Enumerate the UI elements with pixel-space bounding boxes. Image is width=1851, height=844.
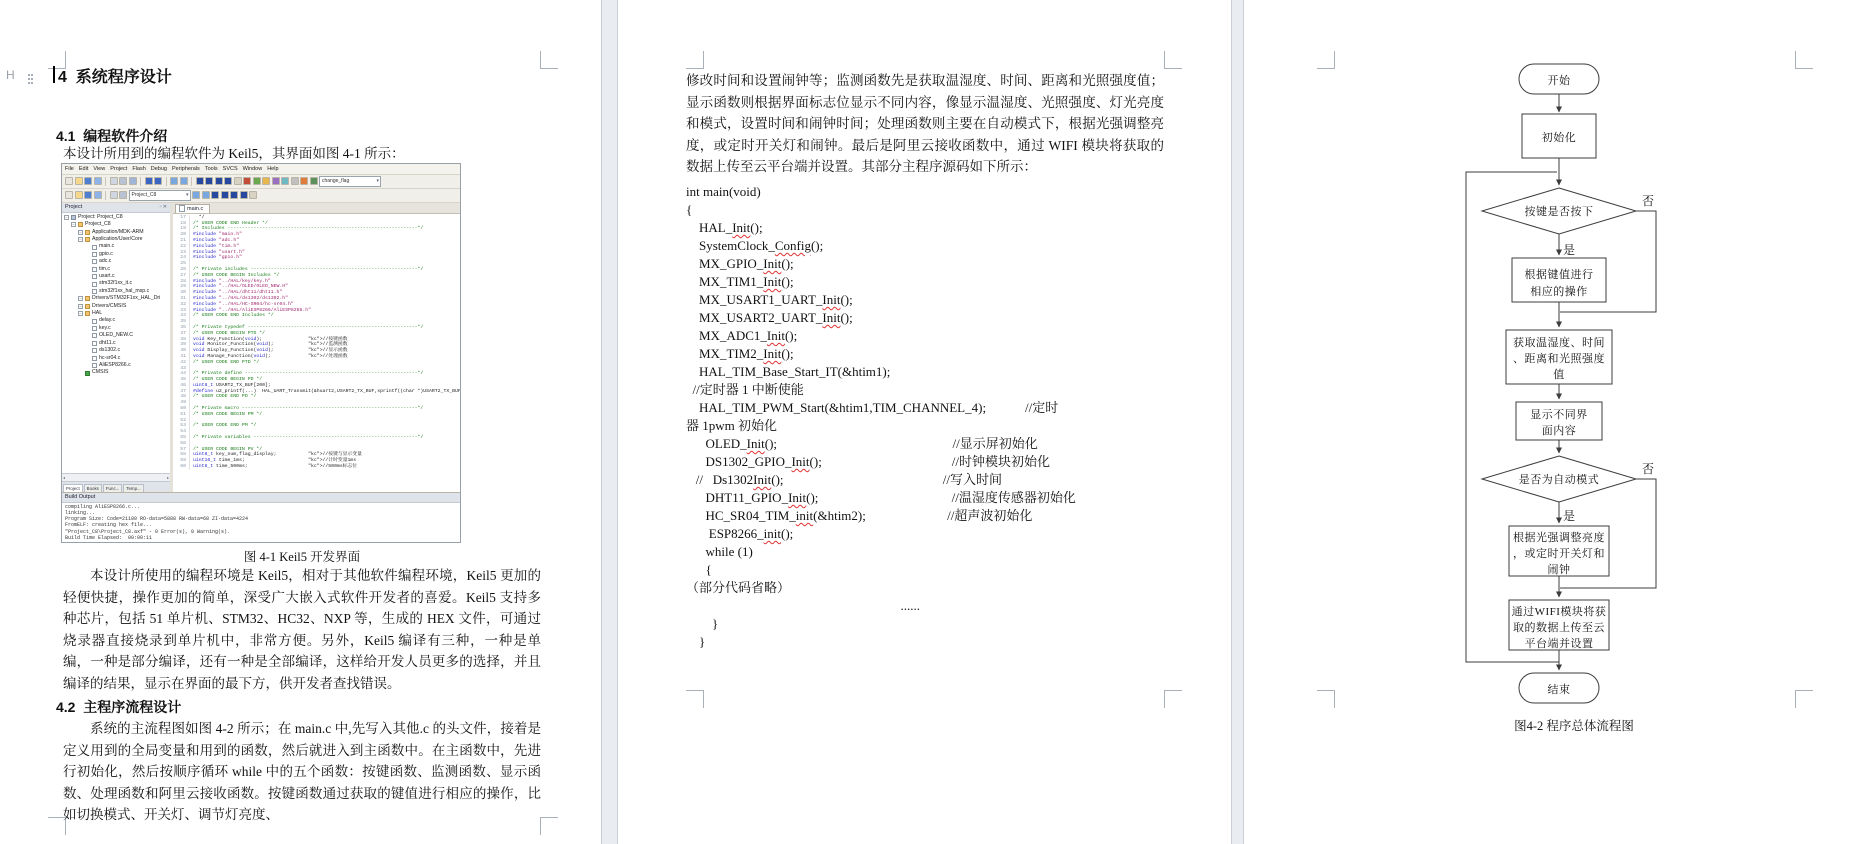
project-panel-title: Project	[65, 203, 82, 212]
file-icon	[92, 333, 97, 338]
source-code-line: HAL_TIM_Base_Start_IT(&htim1);	[686, 363, 1186, 381]
translate-icon	[65, 191, 73, 199]
flow-yes-label: 是	[1563, 243, 1576, 257]
keil5-screenshot-figure: FileEditViewProjectFlashDebugPeripherals…	[61, 163, 461, 543]
flow-acquire-line2: 、距离和光照强度	[1513, 351, 1605, 365]
flow-end-label: 结束	[1548, 682, 1571, 696]
tree-item-label: stm32f1xx_it.c	[99, 280, 132, 287]
flow-wifi-line1: 通过WIFI模块将获	[1512, 604, 1607, 618]
tree-item-label: dht11.c	[99, 340, 116, 347]
tree-expander-icon: −	[78, 311, 83, 316]
project-tree-item: −Application/MDK-ARM	[62, 229, 170, 236]
tree-item-label: Application/User/Core	[92, 236, 142, 243]
source-code-line: // Ds1302Init(); //写入时间	[686, 471, 1186, 489]
file-icon	[92, 245, 97, 250]
paste-icon	[129, 177, 137, 185]
source-code-line: MX_ADC1_Init();	[686, 327, 1186, 345]
project-tree-item: CMSIS	[62, 369, 170, 376]
project-tree-item: key.c	[62, 325, 170, 332]
file-icon	[92, 267, 97, 272]
breakpoint-disable-icon	[281, 177, 289, 185]
keil-main-area: Project ▫ ✕ −Project: Project_C8−Project…	[62, 203, 460, 493]
file-icon	[92, 356, 97, 361]
file-icon	[92, 319, 97, 324]
configure-icon	[310, 177, 318, 185]
flow-adjust-line1: 根据光强调整亮度	[1513, 530, 1605, 544]
keil-menu-svcs: SVCS	[223, 166, 238, 172]
keil-menu-flash: Flash	[132, 166, 145, 172]
file-icon	[92, 259, 97, 264]
file-icon	[92, 252, 97, 257]
keil-editor-tabbar: main.c	[173, 203, 460, 214]
source-code-line: {	[686, 201, 1186, 219]
document-page-3: 开始 初始化 按键是否按下 否 是 根据键值进行 相应的操作 获取温湿度、时间 …	[1243, 0, 1851, 844]
clear-bookmarks-icon	[224, 177, 232, 185]
text-boundary-mark	[1317, 690, 1335, 708]
main-source-code-listing: int main(void){ HAL_Init(); SystemClock_…	[686, 183, 1186, 651]
paragraph: 本设计所用到的编程软件为 Keil5，其界面如图 4-1 所示：	[63, 143, 541, 165]
project-tree-item: −Application/User/Core	[62, 236, 170, 243]
source-code-line: 器 1pwm 初始化	[686, 417, 1186, 435]
heading-level-marker[interactable]: H	[6, 68, 15, 82]
keil-toolbar-2: Project_C8	[62, 189, 460, 203]
navigate-forward-icon	[180, 177, 188, 185]
kill-breakpoints-icon	[291, 177, 299, 185]
bookmark-next-icon	[215, 177, 223, 185]
source-code-line: HAL_Init();	[686, 219, 1186, 237]
source-code-line: DS1302_GPIO_Init(); //时钟模块初始化	[686, 453, 1186, 471]
comp-icon	[85, 371, 90, 376]
save-icon	[84, 177, 92, 185]
build-output-title: Build Output	[65, 493, 95, 502]
flow-key-action-line2: 相应的操作	[1530, 284, 1588, 298]
project-panel-hscrollbar: ◂▸	[62, 473, 170, 481]
tree-item-label: Drivers/STM32F1xx_HAL_Dri	[92, 295, 160, 302]
tree-item-label: gpio.c	[99, 251, 113, 258]
project-tree-item: −Project_C8	[62, 221, 170, 228]
project-tree-item: tim.c	[62, 266, 170, 273]
file-icon	[92, 282, 97, 287]
tree-item-label: AliESP8266.c	[99, 362, 131, 369]
source-code-line: MX_TIM2_Init();	[686, 345, 1186, 363]
panel-tab-temp: Temp...	[123, 484, 143, 492]
project-tree-item: usart.c	[62, 273, 170, 280]
target-icon	[71, 215, 76, 220]
scroll-left-icon: ◂	[63, 475, 65, 480]
project-tree-item: −Drivers/CMSIS	[62, 303, 170, 310]
folder-icon	[85, 230, 90, 235]
copy-icon	[119, 177, 127, 185]
project-tree-item: stm32f1xx_it.c	[62, 280, 170, 287]
tree-expander-icon: −	[78, 237, 83, 242]
flow-wifi-line3: 平台端并设置	[1525, 636, 1594, 650]
bookmark-icon	[196, 177, 204, 185]
file-icon	[92, 348, 97, 353]
source-code-line: int main(void)	[686, 183, 1186, 201]
keil-project-panel-header: Project ▫ ✕	[62, 203, 170, 213]
toolbar-separator	[166, 177, 167, 186]
scroll-right-icon: ▸	[167, 475, 169, 480]
indent-icon	[234, 177, 242, 185]
keil-project-panel: Project ▫ ✕ −Project: Project_C8−Project…	[62, 203, 173, 492]
source-code-line: }	[686, 633, 1186, 651]
pack-installer-icon	[249, 191, 257, 199]
project-tree-item: stm32f1xx_hal_msp.c	[62, 288, 170, 295]
flow-acquire-line3: 值	[1553, 367, 1565, 381]
manage-books-icon	[221, 191, 229, 199]
project-tree-item: −HAL	[62, 310, 170, 317]
flow-key-decision-label: 按键是否按下	[1525, 204, 1594, 218]
batch-build-icon	[94, 191, 102, 199]
source-code-line: ......	[686, 597, 1186, 615]
breakpoint-icon	[272, 177, 280, 185]
redo-icon	[154, 177, 162, 185]
figure-4-2-caption: 图4-2 程序总体流程图	[1444, 716, 1704, 734]
source-code-line: HAL_TIM_PWM_Start(&htim1,TIM_CHANNEL_4);…	[686, 399, 1186, 417]
line-number: 60	[173, 464, 190, 470]
keil-toolbar-1: change_flag	[62, 175, 460, 189]
flash-download-icon	[192, 191, 200, 199]
flow-automode-label: 是否为自动模式	[1519, 472, 1600, 486]
change-flag-combo: change_flag	[319, 176, 381, 187]
source-code-line: MX_USART2_UART_Init();	[686, 309, 1186, 327]
project-tree-item: adc.c	[62, 258, 170, 265]
project-tree-item: OLED_NEW.C	[62, 332, 170, 339]
flow-wifi-line2: 取的数据上传至云	[1513, 620, 1605, 634]
tree-item-label: adc.c	[99, 258, 111, 265]
project-tree-item: main.c	[62, 243, 170, 250]
file-icon	[92, 341, 97, 346]
open-icon	[75, 177, 83, 185]
folder-icon	[85, 296, 90, 301]
project-tree-item: −Project: Project_C8	[62, 214, 170, 221]
debug-session-icon	[240, 191, 248, 199]
code-line: 60uint8_t time_500ms; "kc">//500ms标志位	[173, 464, 460, 470]
find-in-files-icon	[253, 177, 261, 185]
panel-tab-func: Func...	[103, 484, 122, 492]
tree-expander-icon: −	[78, 296, 83, 301]
highlight-icon	[300, 177, 308, 185]
build-icon	[75, 191, 83, 199]
outdent-icon	[243, 177, 251, 185]
text-boundary-mark	[1164, 690, 1182, 708]
cut-icon	[110, 177, 118, 185]
file-extensions-icon	[211, 191, 219, 199]
file-icon	[92, 274, 97, 279]
save-all-icon	[94, 177, 102, 185]
toolbar-separator	[105, 177, 106, 186]
text-boundary-mark	[1795, 690, 1813, 708]
tree-item-label: OLED_NEW.C	[99, 332, 133, 339]
keil-menubar: FileEditViewProjectFlashDebugPeripherals…	[62, 164, 460, 175]
source-code-line: }	[686, 615, 1186, 633]
paragraph-drag-handle-icon[interactable]	[28, 74, 37, 87]
stop-build-icon	[119, 191, 127, 199]
project-tree-item: delay.c	[62, 317, 170, 324]
source-code-line: while (1)	[686, 543, 1186, 561]
tree-item-label: Project: Project_C8	[78, 214, 123, 221]
text-boundary-mark	[686, 690, 704, 708]
tree-item-label: key.c	[99, 325, 111, 332]
subsection-heading-42: 4.2 主程序流程设计	[56, 697, 181, 717]
source-code-line: OLED_Init(); //显示屏初始化	[686, 435, 1186, 453]
file-icon	[92, 363, 97, 368]
source-code-line: MX_TIM1_Init();	[686, 273, 1186, 291]
document-viewer-canvas: H 4 系统程序设计 4.1 编程软件介绍 本设计所用到的编程软件为 Keil5…	[0, 0, 1851, 844]
toolbar-separator	[140, 177, 141, 186]
tree-expander-icon: −	[78, 230, 83, 235]
document-page-1: H 4 系统程序设计 4.1 编程软件介绍 本设计所用到的编程软件为 Keil5…	[0, 0, 602, 844]
tree-item-label: usart.c	[99, 273, 115, 280]
download-icon	[110, 191, 118, 199]
tree-item-label: delay.c	[99, 317, 115, 324]
figure-4-1-caption: 图 4-1 Keil5 开发界面	[63, 547, 541, 565]
paragraph: 修改时间和设置闹钟等；监测函数先是获取温湿度、时间、距离和光照强度值；显示函数则…	[686, 70, 1164, 178]
text-boundary-mark	[540, 51, 558, 69]
flow-acquire-line1: 获取温湿度、时间	[1513, 335, 1605, 349]
flow-adjust-line3: 闹钟	[1548, 562, 1571, 576]
flow-init-label: 初始化	[1542, 130, 1577, 144]
tree-item-label: Application/MDK-ARM	[92, 229, 144, 236]
target-options-icon	[202, 191, 210, 199]
keil-code-editor: 17 */18/* USER CODE END Header */19/* In…	[173, 214, 460, 492]
toolbar-separator	[105, 191, 106, 200]
text-boundary-mark	[686, 51, 704, 69]
keil-menu-view: View	[93, 166, 105, 172]
rebuild-icon	[84, 191, 92, 199]
project-tree-item: dht11.c	[62, 340, 170, 347]
file-icon	[179, 205, 185, 212]
text-boundary-mark	[540, 817, 558, 835]
panel-tab-books: Books	[84, 484, 102, 492]
project-tree-item: ds1302.c	[62, 347, 170, 354]
keil-menu-edit: Edit	[79, 166, 88, 172]
flow-start-label: 开始	[1548, 73, 1571, 87]
text-boundary-mark	[1317, 51, 1335, 69]
window-layout-icon	[230, 191, 238, 199]
project-tree-item: AliESP8266.c	[62, 362, 170, 369]
flow-key-action-line1: 根据键值进行	[1525, 267, 1594, 281]
source-code-line: {	[686, 561, 1186, 579]
keil-menu-tools: Tools	[205, 166, 218, 172]
editor-tab-mainc: main.c	[175, 204, 210, 213]
tree-item-label: HAL	[92, 310, 102, 317]
folder-icon	[85, 237, 90, 242]
folder-icon	[85, 311, 90, 316]
tree-item-label: Project_C8	[85, 221, 111, 228]
panel-tab-project: Project	[63, 484, 83, 492]
project-tree-item: gpio.c	[62, 251, 170, 258]
flow-no-label: 否	[1642, 462, 1655, 476]
source-code-line: MX_USART1_UART_Init();	[686, 291, 1186, 309]
tree-expander-icon: −	[78, 304, 83, 309]
source-code-line: HC_SR04_TIM_init(&htim2); //超声波初始化	[686, 507, 1186, 525]
build-output-text: compiling AliESP8266.c... linking... Pro…	[62, 503, 460, 542]
tree-item-label: hc-sr04.c	[99, 355, 120, 362]
document-page-2: 修改时间和设置闹钟等；监测函数先是获取温湿度、时间、距离和光照强度值；显示函数则…	[617, 0, 1232, 844]
keil-menu-peripherals: Peripherals	[172, 166, 200, 172]
folder-icon	[78, 222, 83, 227]
target-select-combo: Project_C8	[129, 190, 191, 201]
tree-expander-icon: −	[71, 222, 76, 227]
flow-no-label: 否	[1642, 194, 1655, 208]
build-output-header: Build Output	[62, 493, 460, 503]
find-icon	[262, 177, 270, 185]
keil-build-output-panel: Build Output compiling AliESP8266.c... l…	[62, 493, 460, 542]
tree-expander-icon: −	[64, 215, 69, 220]
navigate-back-icon	[170, 177, 178, 185]
paragraph: 本设计所使用的编程环境是 Keil5，相对于其他软件编程环境，Keil5 更加的…	[63, 565, 541, 694]
project-tree-item: −Drivers/STM32F1xx_HAL_Dri	[62, 295, 170, 302]
flow-display-line2: 面内容	[1542, 423, 1577, 437]
keil-panel-tabs: ProjectBooksFunc...Temp...	[62, 481, 170, 492]
undo-icon	[145, 177, 153, 185]
code-line: 55/* Private variables -----------------…	[173, 435, 460, 441]
source-code-line: ESP8266_init();	[686, 525, 1186, 543]
tree-item-label: main.c	[99, 243, 114, 250]
source-code-line: MX_GPIO_Init();	[686, 255, 1186, 273]
keil-menu-help: Help	[267, 166, 278, 172]
source-code-line: （部分代码省略）	[686, 579, 1186, 597]
paragraph: 系统的主流程图如图 4-2 所示；在 main.c 中,先写入其他.c 的头文件…	[63, 718, 541, 826]
file-icon	[92, 326, 97, 331]
source-code-line: //定时器 1 中断使能	[686, 381, 1186, 399]
keil-menu-window: Window	[243, 166, 263, 172]
tree-item-label: ds1302.c	[99, 347, 120, 354]
tree-item-label: CMSIS	[92, 369, 108, 376]
panel-pin-close-icons: ▫ ✕	[160, 203, 167, 212]
keil-menu-project: Project	[110, 166, 127, 172]
folder-icon	[85, 304, 90, 309]
file-icon	[92, 289, 97, 294]
toolbar-separator	[191, 177, 192, 186]
text-cursor	[53, 66, 55, 83]
flow-yes-label: 是	[1563, 509, 1576, 523]
keil-editor-area: main.c 17 */18/* USER CODE END Header */…	[173, 203, 460, 492]
new-file-icon	[65, 177, 73, 185]
tree-item-label: tim.c	[99, 266, 110, 273]
section-heading: 4 系统程序设计	[58, 64, 172, 87]
tree-item-label: Drivers/CMSIS	[92, 303, 126, 310]
source-code-line: SystemClock_Config();	[686, 237, 1186, 255]
project-tree-item: hc-sr04.c	[62, 355, 170, 362]
source-code-line: DHT11_GPIO_Init(); //温湿度传感器初始化	[686, 489, 1186, 507]
flow-adjust-line2: ，或定时开关灯和	[1513, 546, 1605, 560]
keil-menu-file: File	[65, 166, 74, 172]
text-boundary-mark	[1164, 51, 1182, 69]
tree-item-label: stm32f1xx_hal_msp.c	[99, 288, 149, 295]
text-boundary-mark	[1795, 51, 1813, 69]
keil-menu-debug: Debug	[151, 166, 167, 172]
flow-display-line1: 显示不同界	[1530, 408, 1588, 421]
keil-project-tree: −Project: Project_C8−Project_C8−Applicat…	[62, 213, 170, 473]
program-flowchart-figure: 开始 初始化 按键是否按下 否 是 根据键值进行 相应的操作 获取温湿度、时间 …	[1444, 58, 1704, 710]
bookmark-prev-icon	[205, 177, 213, 185]
